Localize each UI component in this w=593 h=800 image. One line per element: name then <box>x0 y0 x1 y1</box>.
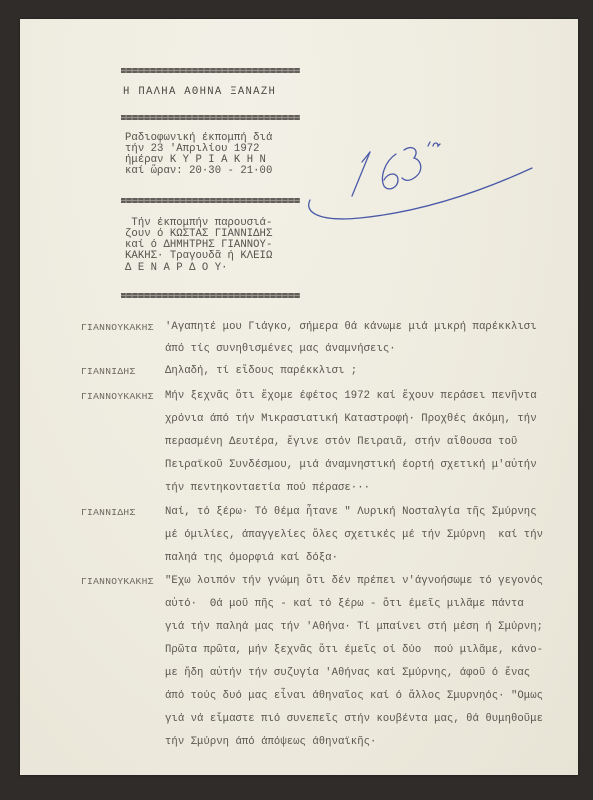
dialogue-line: Πειραϊκοῦ Συνδέσμου, μιά άναμνηστική έορ… <box>165 459 537 471</box>
speaker-name: ΓΙΑΝΝΙΔΗΣ <box>81 366 136 377</box>
presenters-line: Δ Ε Ν Α Ρ Δ Ο Υ· <box>125 263 228 274</box>
dialogue-line: άπό τούς δυό μας εἶναι άθηναῖος καί ό ἄλ… <box>165 690 543 702</box>
dialogue-line: περασμένη Δευτέρα, ἔγινε στόν Πειραιᾶ, σ… <box>165 436 517 448</box>
speaker-name: ΓΙΑΝΝΙΔΗΣ <box>81 507 136 518</box>
dialogue-line: παληά της όμορφιά καί δόξα· <box>165 552 338 564</box>
dialogue-line: τήν Σμύρνη άπό άπόψεως άθηναϊκῆς· <box>165 736 376 748</box>
speaker-name: ΓΙΑΝΝΟΥΚΑΚΗΣ <box>81 576 154 587</box>
dialogue-line: αὐτό· Θά μοῦ πῆς - καί τό ξέρω - ὅτι έμε… <box>165 598 524 610</box>
divider-rule <box>121 293 300 298</box>
presenters-line: ΚΑΚΗΣ· Τραγουδᾶ ή ΚΛΕΙΩ <box>125 251 272 262</box>
dialogue-line: γιά τήν παληά μας τήν 'Αθήνα· Τί μπαίνει… <box>165 621 543 633</box>
dialogue-line: γιά νά εἴμαστε πιό συνεπεῖς στήν κουβέντ… <box>165 713 543 725</box>
dialogue-line: Πρῶτα πρῶτα, μήν ξεχνᾶς ὅτι έμεῖς οί δύο… <box>165 644 543 656</box>
dialogue-line: χρόνια άπό τήν Μικρασιατική Καταστροφή· … <box>165 413 537 425</box>
program-title: Η ΠΑΛΗΑ ΑΘΗΝΑ ΞΑΝΑΖΗ <box>123 86 276 98</box>
dialogue-line: με ἤδη αὐτήν τήν συζυγία 'Αθήνας καί Σμύ… <box>165 667 530 679</box>
dialogue-line: τήν πεντηκονταετία πού πέρασε··· <box>165 482 370 494</box>
dialogue-line: Ναί, τό ξέρω· Τό θέμα ἦτανε " Λυρική Νοσ… <box>165 506 537 518</box>
dialogue-line: Δηλαδή, τί εἴδους παρέκκλισι ; <box>165 365 357 377</box>
handwritten-page-number <box>300 140 540 240</box>
broadcast-info-line: καί ὥραν: 20·30 - 21·00 <box>125 166 272 177</box>
divider-rule <box>121 198 300 203</box>
dialogue-line: "Εχω λοιπόν τήν γνώμη ὅτι δέν πρέπει ν'ά… <box>165 575 543 587</box>
dialogue-line: άπό τίς συνηθισμένες μας άναμνήσεις· <box>165 343 396 355</box>
dialogue-line: 'Αγαπητέ μου Γιάγκο, σήμερα θά κάνωμε μι… <box>165 321 537 333</box>
divider-rule <box>121 68 300 73</box>
speaker-name: ΓΙΑΝΝΟΥΚΑΚΗΣ <box>81 391 154 402</box>
speaker-name: ΓΙΑΝΝΟΥΚΑΚΗΣ <box>81 322 154 333</box>
dialogue-line: Μήν ξεχνᾶς ὅτι ἔχομε έφέτος 1972 καί ἔχο… <box>165 390 537 402</box>
dialogue-line: μέ όμιλίες, άπαγγελίες ὅλες σχετικές μέ … <box>165 529 543 541</box>
divider-rule <box>121 115 300 120</box>
